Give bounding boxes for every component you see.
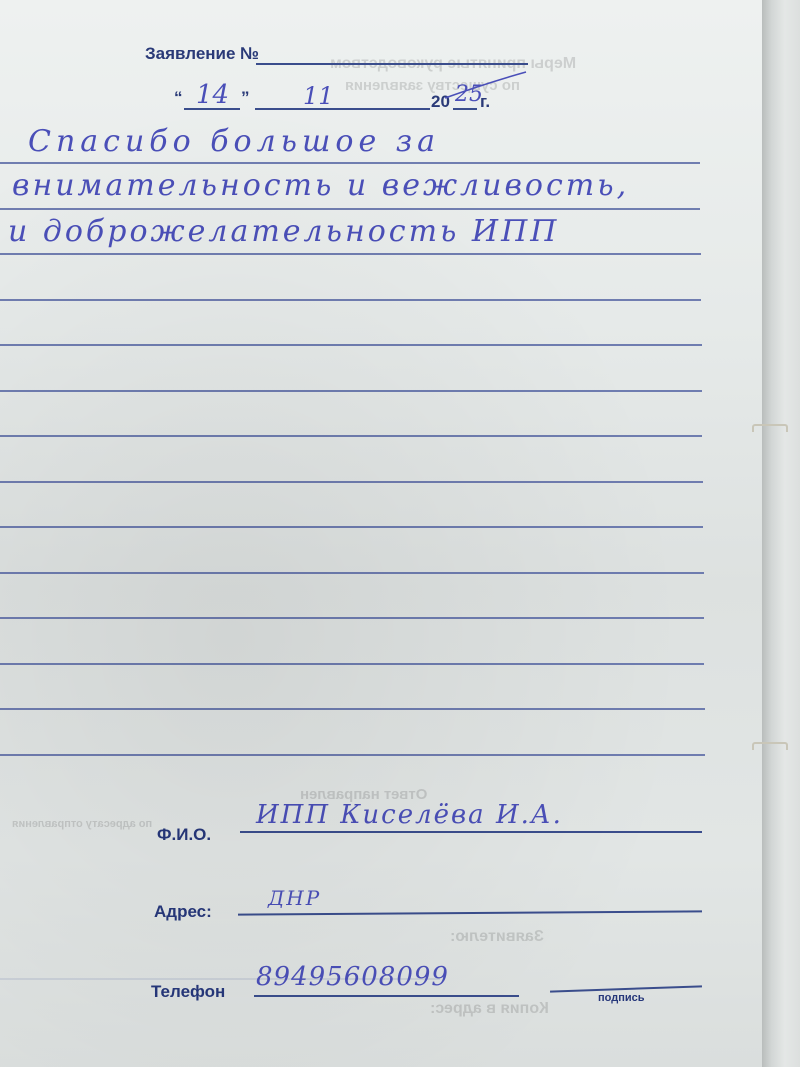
ruled-line: [0, 526, 703, 528]
signature-label: подпись: [598, 992, 645, 1004]
ruled-line: [0, 663, 704, 665]
notebook-spine: [762, 0, 800, 1067]
ruled-line: [0, 435, 702, 437]
ruled-line: [0, 299, 701, 301]
date-day-value[interactable]: 14: [196, 80, 229, 110]
fio-line: [240, 831, 702, 833]
ruled-line: [0, 481, 703, 483]
ruled-line: [0, 253, 701, 255]
pen-stroke-decoration: [440, 70, 530, 100]
ruled-line: [0, 390, 702, 392]
date-year-line: [453, 108, 477, 110]
address-label: Адрес:: [154, 902, 212, 922]
bleed-through-low2: Копия в адрес:: [430, 1000, 549, 1018]
phone-value[interactable]: 89495608099: [256, 962, 449, 992]
date-open-quote: “: [174, 88, 183, 108]
bleed-through-low: Заявителю:: [450, 928, 544, 946]
date-close-quote: ”: [241, 88, 250, 108]
bleed-through-mid2: по адресату отправления: [12, 818, 152, 830]
phone-label: Телефон: [151, 982, 225, 1002]
form-title: Заявление №: [145, 44, 259, 64]
ruled-line: [0, 754, 705, 756]
form-number-line: [256, 63, 528, 65]
body-line-2[interactable]: внимательность и вежливость,: [12, 168, 629, 203]
ruled-line: [0, 208, 700, 210]
date-month-value[interactable]: 11: [303, 82, 334, 110]
date-month-line: [255, 108, 430, 110]
fio-label: Ф.И.О.: [157, 825, 211, 845]
address-value[interactable]: ДНР: [268, 886, 321, 910]
body-line-1[interactable]: Спасибо большое за: [28, 124, 440, 159]
ruled-line: [0, 572, 704, 574]
ruled-line: [0, 708, 705, 710]
body-line-3[interactable]: и доброжелательность ИПП: [8, 214, 559, 249]
form-page: Меры принятые руководством по существу з…: [0, 0, 768, 1067]
staple-top: [752, 424, 788, 432]
fio-value[interactable]: ИПП Киселёва И.А.: [256, 800, 563, 830]
phone-line: [254, 995, 519, 997]
staple-bottom: [752, 742, 788, 750]
ruled-line: [0, 617, 704, 619]
ruled-line: [0, 344, 702, 346]
ruled-line: [0, 162, 700, 164]
address-line: [238, 910, 702, 915]
